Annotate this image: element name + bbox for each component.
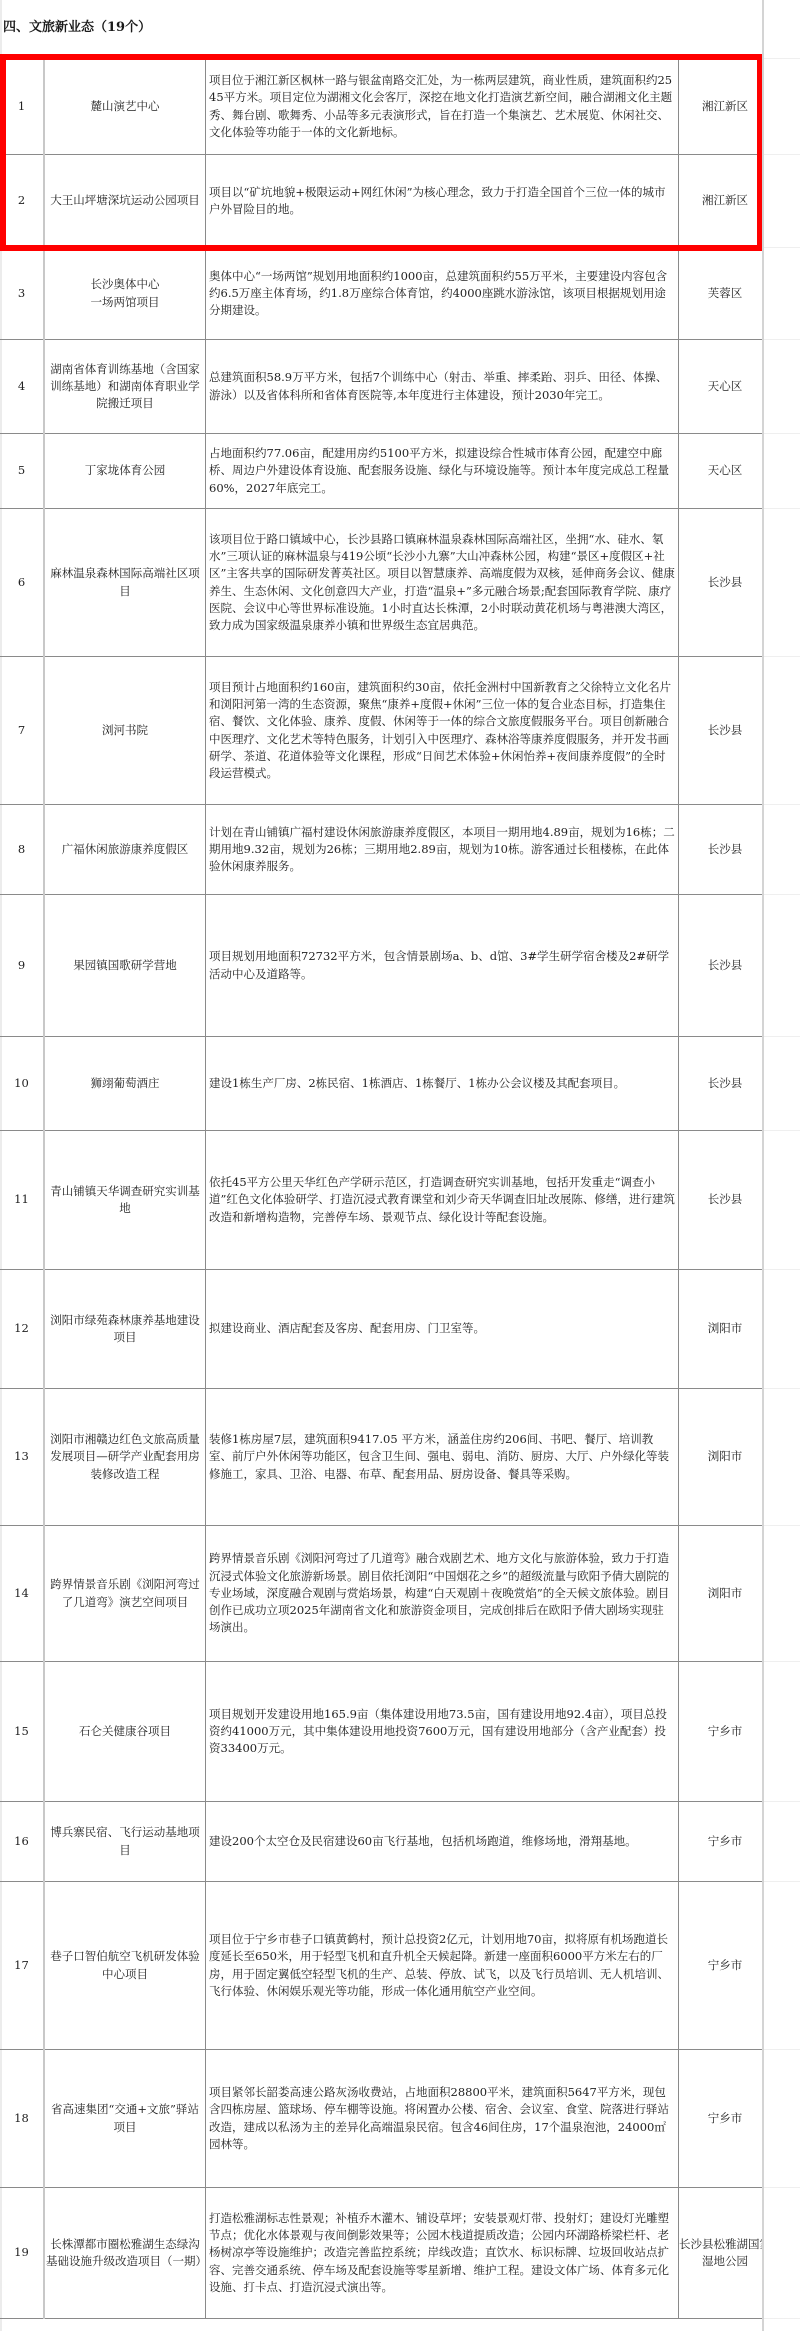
- project-name: 巷子口智伯航空飞机研发体验中心项目: [44, 1882, 206, 2050]
- table-row: 5丁家垅体育公园占地面积约77.06亩，配建用房约5100平方米，拟建设综合性城…: [0, 434, 772, 509]
- gridline: [764, 433, 800, 434]
- project-name: 浏阳市湘赣边红色文旅高质量发展项目—研学产业配套用房装修改造工程: [44, 1389, 206, 1526]
- project-description: 建设1栋生产厂房、2栋民宿、1栋酒店、1栋餐厅、1栋办公会议楼及其配套项目。: [206, 1037, 679, 1131]
- project-name: 长沙奥体中心一场两馆项目: [44, 248, 206, 340]
- gridline: [764, 1388, 800, 1389]
- project-region: 长沙县松雅湖国家湿地公园: [679, 2188, 772, 2319]
- row-number: 10: [0, 1037, 44, 1131]
- project-name: 麻林温泉森林国际高端社区项目: [44, 509, 206, 657]
- project-description: 占地面积约77.06亩，配建用房约5100平方米，拟建设综合性城市体育公园，配建…: [206, 434, 679, 509]
- row-number: 18: [0, 2050, 44, 2188]
- table-row: 6麻林温泉森林国际高端社区项目该项目位于路口镇域中心，长沙县路口镇麻林温泉森林国…: [0, 509, 772, 657]
- project-description: 项目规划开发建设用地165.9亩（集体建设用地73.5亩，国有建设用地92.4亩…: [206, 1662, 679, 1802]
- project-description: 装修1栋房屋7层，建筑面积9417.05 平方米，涵盖住房约206间、书吧、餐厅…: [206, 1389, 679, 1526]
- project-name: 丁家垅体育公园: [44, 434, 206, 509]
- project-region: 浏阳市: [679, 1389, 772, 1526]
- project-description: 打造松雅湖标志性景观；补植乔木灌木、铺设草坪；安装景观灯带、投射灯；建设灯光雕塑…: [206, 2188, 679, 2319]
- table-row: 1麓山演艺中心项目位于湘江新区枫林一路与银盆南路交汇处，为一栋两层建筑，商业性质…: [0, 59, 772, 155]
- project-name: 青山铺镇天华调查研究实训基地: [44, 1131, 206, 1270]
- project-region: 宁乡市: [679, 1882, 772, 2050]
- table-row: 8广福休闲旅游康养度假区计划在青山铺镇广福村建设休闲旅游康养度假区，本项目一期用…: [0, 805, 772, 895]
- document-sheet: 四、文旅新业态（19个） 1麓山演艺中心项目位于湘江新区枫林一路与银盆南路交汇处…: [0, 0, 800, 2331]
- project-description: 奥体中心“一场两馆”规划用地面积约1000亩，总建筑面积约55万平米，主要建设内…: [206, 248, 679, 340]
- project-name: 麓山演艺中心: [44, 59, 206, 155]
- row-number: 7: [0, 657, 44, 805]
- row-number: 13: [0, 1389, 44, 1526]
- gridline: [764, 1801, 800, 1802]
- row-number: 2: [0, 155, 44, 248]
- gridline: [764, 1130, 800, 1131]
- project-region: 宁乡市: [679, 2050, 772, 2188]
- row-number: 8: [0, 805, 44, 895]
- section-title: 四、文旅新业态（19个）: [3, 14, 151, 42]
- project-region: 宁乡市: [679, 1662, 772, 1802]
- project-name: 大王山坪塘深坑运动公园项目: [44, 155, 206, 248]
- table-row: 16博兵寨民宿、飞行运动基地项目建设200个太空仓及民宿建设60亩飞行基地，包括…: [0, 1802, 772, 1882]
- project-region: 浏阳市: [679, 1526, 772, 1662]
- project-name: 长株潭都市圈松雅湖生态绿沟基础设施升级改造项目（一期）: [44, 2188, 206, 2319]
- project-description: 拟建设商业、酒店配套及客房、配套用房、门卫室等。: [206, 1270, 679, 1389]
- table-row: 14跨界情景音乐剧《浏阳河弯过了几道弯》演艺空间项目跨界情景音乐剧《浏阳河弯过了…: [0, 1526, 772, 1662]
- row-number: 17: [0, 1882, 44, 2050]
- table-row: 11青山铺镇天华调查研究实训基地依托45平方公里天华红色产学研示范区，打造调查研…: [0, 1131, 772, 1270]
- project-description: 项目位于湘江新区枫林一路与银盆南路交汇处，为一栋两层建筑，商业性质，建筑面积约2…: [206, 59, 679, 155]
- gridline: [764, 339, 800, 340]
- row-number: 14: [0, 1526, 44, 1662]
- gridline: [764, 2049, 800, 2050]
- project-description: 该项目位于路口镇域中心，长沙县路口镇麻林温泉森林国际高端社区，坐拥“水、硅水、氡…: [206, 509, 679, 657]
- project-description: 项目位于宁乡市巷子口镇黄鹤村，预计总投资2亿元，计划用地70亩，拟将原有机场跑道…: [206, 1882, 679, 2050]
- row-number: 1: [0, 59, 44, 155]
- gridline: [764, 656, 800, 657]
- project-region: 湘江新区: [679, 59, 772, 155]
- project-region: 芙蓉区: [679, 248, 772, 340]
- table-row: 19长株潭都市圈松雅湖生态绿沟基础设施升级改造项目（一期）打造松雅湖标志性景观；…: [0, 2188, 772, 2319]
- table-row: 18省高速集团“交通+文旅”驿站项目项目紧邻长韶娄高速公路灰汤收费站，占地面积2…: [0, 2050, 772, 2188]
- table-row: 10狮翊葡萄酒庄建设1栋生产厂房、2栋民宿、1栋酒店、1栋餐厅、1栋办公会议楼及…: [0, 1037, 772, 1131]
- project-description: 计划在青山铺镇广福村建设休闲旅游康养度假区，本项目一期用地4.89亩，规划为16…: [206, 805, 679, 895]
- row-number: 19: [0, 2188, 44, 2319]
- projects-table: 1麓山演艺中心项目位于湘江新区枫林一路与银盆南路交汇处，为一栋两层建筑，商业性质…: [0, 58, 772, 2319]
- project-description: 跨界情景音乐剧《浏阳河弯过了几道弯》融合戏剧艺术、地方文化与旅游体验，致力于打造…: [206, 1526, 679, 1662]
- gridline: [764, 804, 800, 805]
- gridline: [764, 1269, 800, 1270]
- project-region: 天心区: [679, 434, 772, 509]
- project-description: 建设200个太空仓及民宿建设60亩飞行基地，包括机场跑道，维修场地，滑翔基地。: [206, 1802, 679, 1882]
- table-row: 4湖南省体育训练基地（含国家训练基地）和湖南体育职业学院搬迁项目总建筑面积58.…: [0, 340, 772, 434]
- row-number: 5: [0, 434, 44, 509]
- table-row: 3长沙奥体中心一场两馆项目奥体中心“一场两馆”规划用地面积约1000亩，总建筑面…: [0, 248, 772, 340]
- gridline: [764, 1881, 800, 1882]
- project-description: 总建筑面积58.9万平方米，包括7个训练中心（射击、举重、摔柔跆、羽乒、田径、体…: [206, 340, 679, 434]
- project-name: 浏河书院: [44, 657, 206, 805]
- project-name: 博兵寨民宿、飞行运动基地项目: [44, 1802, 206, 1882]
- project-region: 宁乡市: [679, 1802, 772, 1882]
- row-number: 3: [0, 248, 44, 340]
- project-region: 长沙县: [679, 509, 772, 657]
- row-number: 6: [0, 509, 44, 657]
- row-number: 12: [0, 1270, 44, 1389]
- spreadsheet-gridlines-right: [762, 0, 800, 2331]
- project-region: 湘江新区: [679, 155, 772, 248]
- table-row: 12浏阳市绿苑森林康养基地建设项目拟建设商业、酒店配套及客房、配套用房、门卫室等…: [0, 1270, 772, 1389]
- project-region: 天心区: [679, 340, 772, 434]
- project-description: 项目预计占地面积约160亩，建筑面积约30亩，依托金洲村中国新教育之父徐特立文化…: [206, 657, 679, 805]
- project-region: 长沙县: [679, 895, 772, 1037]
- project-region: 长沙县: [679, 657, 772, 805]
- project-name: 跨界情景音乐剧《浏阳河弯过了几道弯》演艺空间项目: [44, 1526, 206, 1662]
- gridline: [764, 1525, 800, 1526]
- project-region: 长沙县: [679, 1037, 772, 1131]
- table-row: 9果园镇国歌研学营地项目规划用地面积72732平方米，包含情景剧场a、b、d馆、…: [0, 895, 772, 1037]
- row-number: 4: [0, 340, 44, 434]
- project-name: 浏阳市绿苑森林康养基地建设项目: [44, 1270, 206, 1389]
- row-number: 16: [0, 1802, 44, 1882]
- gridline: [764, 154, 800, 155]
- gridline: [764, 1036, 800, 1037]
- row-number: 11: [0, 1131, 44, 1270]
- gridline: [764, 508, 800, 509]
- project-region: 长沙县: [679, 805, 772, 895]
- project-name: 果园镇国歌研学营地: [44, 895, 206, 1037]
- project-name: 狮翊葡萄酒庄: [44, 1037, 206, 1131]
- gridline: [764, 894, 800, 895]
- table-row: 7浏河书院项目预计占地面积约160亩，建筑面积约30亩，依托金洲村中国新教育之父…: [0, 657, 772, 805]
- project-region: 长沙县: [679, 1131, 772, 1270]
- gridline: [764, 2187, 800, 2188]
- project-description: 项目紧邻长韶娄高速公路灰汤收费站，占地面积28800平米，建筑面积5647平方米…: [206, 2050, 679, 2188]
- project-name: 湖南省体育训练基地（含国家训练基地）和湖南体育职业学院搬迁项目: [44, 340, 206, 434]
- project-name: 广福休闲旅游康养度假区: [44, 805, 206, 895]
- table-row: 17巷子口智伯航空飞机研发体验中心项目项目位于宁乡市巷子口镇黄鹤村，预计总投资2…: [0, 1882, 772, 2050]
- row-number: 15: [0, 1662, 44, 1802]
- gridline: [764, 1661, 800, 1662]
- project-name: 石仑关健康谷项目: [44, 1662, 206, 1802]
- projects-table-body: 1麓山演艺中心项目位于湘江新区枫林一路与银盆南路交汇处，为一栋两层建筑，商业性质…: [0, 59, 772, 2319]
- project-description: 依托45平方公里天华红色产学研示范区，打造调查研究实训基地，包括开发重走“调查小…: [206, 1131, 679, 1270]
- gridline: [764, 58, 800, 59]
- project-name: 省高速集团“交通+文旅”驿站项目: [44, 2050, 206, 2188]
- table-row: 2大王山坪塘深坑运动公园项目项目以“矿坑地貌+极限运动+网红休闲”为核心理念，致…: [0, 155, 772, 248]
- project-description: 项目以“矿坑地貌+极限运动+网红休闲”为核心理念，致力于打造全国首个三位一体的城…: [206, 155, 679, 248]
- gridline: [764, 247, 800, 248]
- row-number: 9: [0, 895, 44, 1037]
- gridline: [764, 2318, 800, 2319]
- project-description: 项目规划用地面积72732平方米，包含情景剧场a、b、d馆、3#学生研学宿舍楼及…: [206, 895, 679, 1037]
- project-region: 浏阳市: [679, 1270, 772, 1389]
- table-row: 13浏阳市湘赣边红色文旅高质量发展项目—研学产业配套用房装修改造工程装修1栋房屋…: [0, 1389, 772, 1526]
- table-row: 15石仑关健康谷项目项目规划开发建设用地165.9亩（集体建设用地73.5亩，国…: [0, 1662, 772, 1802]
